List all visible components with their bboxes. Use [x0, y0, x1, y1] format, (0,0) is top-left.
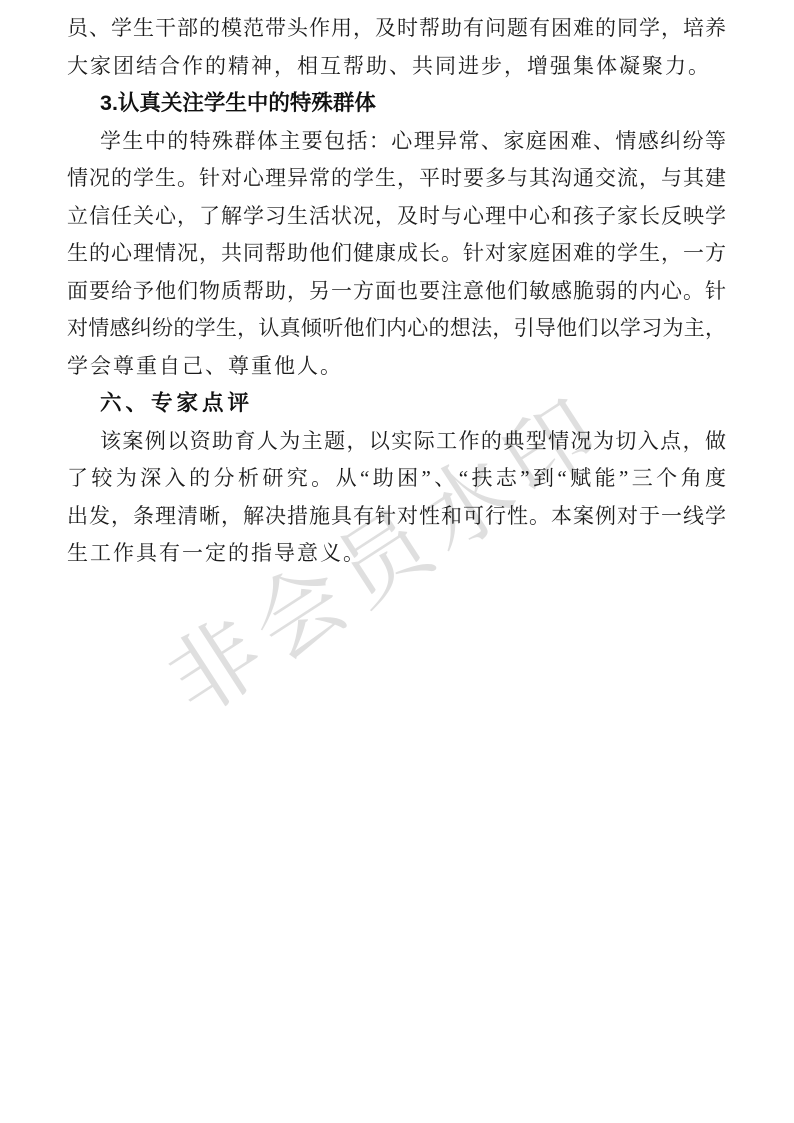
text-line: 情况的学生。针对心理异常的学生，平时要多与其沟通交流，与其建 [67, 160, 726, 198]
text-line: 对情感纠纷的学生，认真倾听他们内心的想法，引导他们以学习为主， [67, 310, 726, 348]
text-line: 员、学生干部的模范带头作用，及时帮助有问题有困难的同学，培养 [67, 10, 726, 48]
document-body: 员、学生干部的模范带头作用，及时帮助有问题有困难的同学，培养 大家团结合作的精神… [67, 10, 726, 573]
text-line: 面要给予他们物质帮助，另一方面也要注意他们敏感脆弱的内心。针 [67, 273, 726, 311]
heading-expert-review: 六、专家点评 [100, 385, 726, 423]
heading-special-groups: 3.认真关注学生中的特殊群体 [100, 85, 726, 123]
text-line: 学会尊重自己、尊重他人。 [67, 348, 726, 386]
text-line: 大家团结合作的精神，相互帮助、共同进步，增强集体凝聚力。 [67, 48, 726, 86]
text-line: 了较为深入的分析研究。从“助困”、“扶志”到“赋能”三个角度 [67, 460, 726, 498]
text-line: 立信任关心，了解学习生活状况，及时与心理中心和孩子家长反映学 [67, 198, 726, 236]
text-line: 生工作具有一定的指导意义。 [67, 535, 726, 573]
text-line: 该案例以资助育人为主题，以实际工作的典型情况为切入点，做 [67, 423, 726, 461]
text-line: 学生中的特殊群体主要包括：心理异常、家庭困难、情感纠纷等 [67, 123, 726, 161]
text-line: 生的心理情况，共同帮助他们健康成长。针对家庭困难的学生，一方 [67, 235, 726, 273]
text-line: 出发，条理清晰，解决措施具有针对性和可行性。本案例对于一线学 [67, 498, 726, 536]
document-page: 非会员水印 员、学生干部的模范带头作用，及时帮助有问题有困难的同学，培养 大家团… [0, 0, 794, 1123]
